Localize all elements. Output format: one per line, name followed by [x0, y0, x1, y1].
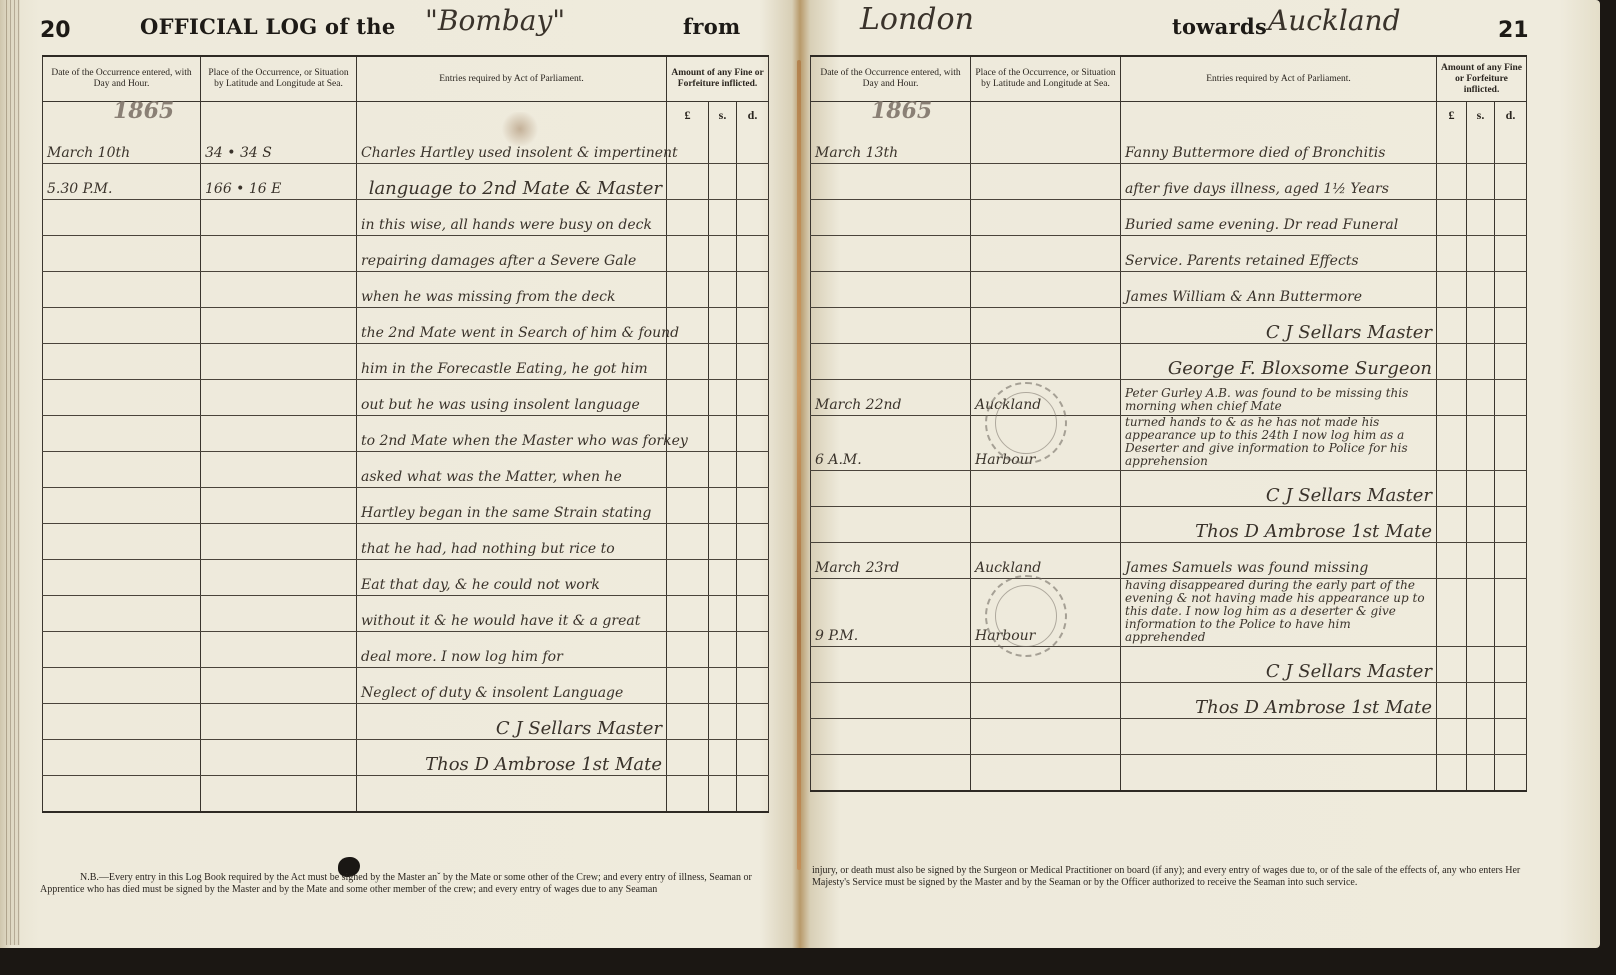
entry-cell: repairing damages after a Severe Gale: [357, 236, 667, 272]
entry-cell: Buried same evening. Dr read Funeral: [1121, 200, 1437, 236]
pounds-cell: [667, 668, 709, 704]
date-cell: [43, 452, 201, 488]
pounds-cell: [1437, 507, 1467, 543]
entry-cell: Thos D Ambrose 1st Mate: [1121, 507, 1437, 543]
pence-cell: [1495, 344, 1527, 380]
pence-cell: [737, 416, 769, 452]
pence-cell: [1495, 755, 1527, 792]
date-text: March 22nd: [815, 397, 966, 415]
pence-cell: [1495, 308, 1527, 344]
place-cell: [971, 308, 1121, 344]
entry-text: [361, 809, 662, 811]
entry-cell: without it & he would have it & a great: [357, 596, 667, 632]
date-cell: [43, 416, 201, 452]
entry-text: C J Sellars Master: [1125, 325, 1432, 343]
entry-text: C J Sellars Master: [1125, 664, 1432, 682]
left-page: 20 OFFICIAL LOG of the "Bombay" from Dat…: [0, 0, 800, 945]
place-text: [205, 809, 352, 811]
log-row: Buried same evening. Dr read Funeral: [811, 200, 1527, 236]
entry-text: George F. Bloxsome Surgeon: [1125, 361, 1432, 379]
entry-text: Thos D Ambrose 1st Mate: [361, 757, 662, 775]
place-cell: [201, 272, 357, 308]
pounds-cell: [667, 776, 709, 813]
entry-cell: to 2nd Mate when the Master who was fork…: [357, 416, 667, 452]
shillings-cell: [709, 668, 737, 704]
entry-cell: Fanny Buttermore died of Bronchitis: [1121, 128, 1437, 164]
place-cell: [971, 344, 1121, 380]
log-row: deal more. I now log him for: [43, 632, 769, 668]
date-cell: [43, 272, 201, 308]
pounds-cell: [1437, 543, 1467, 579]
entry-cell: Eat that day, & he could not work: [357, 560, 667, 596]
shillings-cell: [1467, 507, 1495, 543]
origin-port: London: [860, 2, 974, 37]
pence-label: d.: [1495, 102, 1527, 129]
entry-cell: C J Sellars Master: [357, 704, 667, 740]
shillings-cell: [709, 128, 737, 164]
place-cell: Auckland: [971, 543, 1121, 579]
log-row: without it & he would have it & a great: [43, 596, 769, 632]
entry-cell: in this wise, all hands were busy on dec…: [357, 200, 667, 236]
log-row: Eat that day, & he could not work: [43, 560, 769, 596]
open-log-book: 20 OFFICIAL LOG of the "Bombay" from Dat…: [0, 0, 1600, 948]
shillings-cell: [709, 272, 737, 308]
entry-text: having disappeared during the early part…: [1125, 579, 1432, 646]
log-row: [811, 719, 1527, 755]
entry-cell: [1121, 755, 1437, 792]
entry-cell: when he was missing from the deck: [357, 272, 667, 308]
log-row: C J Sellars Master: [811, 647, 1527, 683]
place-cell: [201, 776, 357, 813]
date-text: March 13th: [815, 145, 966, 163]
date-cell: [43, 632, 201, 668]
date-cell: [811, 755, 971, 792]
pence-cell: [1495, 272, 1527, 308]
place-text: [975, 788, 1116, 790]
date-cell: [43, 596, 201, 632]
log-row: that he had, had nothing but rice to: [43, 524, 769, 560]
pounds-cell: [667, 632, 709, 668]
place-cell: [201, 668, 357, 704]
date-cell: [811, 647, 971, 683]
log-table-right: Date of the Occurrence entered, with Day…: [810, 55, 1527, 792]
date-cell: [811, 683, 971, 719]
entry-cell: [357, 776, 667, 813]
entry-cell: having disappeared during the early part…: [1121, 579, 1437, 647]
entry-text: the 2nd Mate went in Search of him & fou…: [361, 325, 662, 343]
pence-cell: [737, 128, 769, 164]
place-cell: [201, 416, 357, 452]
col-amount-header: Amount of any Fine or Forfeiture inflict…: [667, 56, 769, 102]
log-row: him in the Forecastle Eating, he got him: [43, 344, 769, 380]
pounds-cell: [667, 344, 709, 380]
date-cell: [43, 308, 201, 344]
entry-cell: C J Sellars Master: [1121, 471, 1437, 507]
place-text: 34 • 34 S: [205, 145, 352, 163]
place-cell: [201, 740, 357, 776]
date-cell: March 10th: [43, 128, 201, 164]
entry-text: Hartley began in the same Strain stating: [361, 505, 662, 523]
log-row: March 22ndAucklandPeter Gurley A.B. was …: [811, 380, 1527, 416]
date-text: 5.30 P.M.: [47, 181, 196, 199]
log-row: 9 P.M.Harbourhaving disappeared during t…: [811, 579, 1527, 647]
log-row: asked what was the Matter, when he: [43, 452, 769, 488]
entry-text: C J Sellars Master: [361, 721, 662, 739]
entry-cell: C J Sellars Master: [1121, 647, 1437, 683]
shillings-cell: [1467, 471, 1495, 507]
shillings-cell: [1467, 380, 1495, 416]
log-table-left: Date of the Occurrence entered, with Day…: [42, 55, 769, 813]
date-cell: [43, 200, 201, 236]
entry-text: Fanny Buttermore died of Bronchitis: [1125, 145, 1432, 163]
pounds-cell: [667, 164, 709, 200]
shillings-cell: [1467, 579, 1495, 647]
pounds-cell: [1437, 128, 1467, 164]
entry-text: without it & he would have it & a great: [361, 613, 662, 631]
place-cell: [971, 236, 1121, 272]
shillings-cell: [1467, 755, 1495, 792]
date-cell: [43, 380, 201, 416]
entry-cell: deal more. I now log him for: [357, 632, 667, 668]
shillings-cell: [1467, 272, 1495, 308]
place-cell: [971, 200, 1121, 236]
date-text: [815, 788, 966, 790]
pounds-cell: [1437, 719, 1467, 755]
log-row: the 2nd Mate went in Search of him & fou…: [43, 308, 769, 344]
shillings-cell: [1467, 647, 1495, 683]
shillings-cell: [1467, 543, 1495, 579]
entry-text: Thos D Ambrose 1st Mate: [1125, 524, 1432, 542]
pounds-cell: [667, 200, 709, 236]
date-cell: [811, 236, 971, 272]
shillings-cell: [709, 236, 737, 272]
pence-cell: [737, 632, 769, 668]
shillings-cell: [1467, 128, 1495, 164]
pounds-cell: [667, 740, 709, 776]
entry-cell: James William & Ann Buttermore: [1121, 272, 1437, 308]
place-cell: [971, 755, 1121, 792]
place-cell: [201, 488, 357, 524]
pounds-cell: [1437, 647, 1467, 683]
shillings-cell: [709, 416, 737, 452]
shillings-cell: [709, 200, 737, 236]
footnote-right: injury, or death must also be signed by …: [812, 865, 1532, 889]
pence-cell: [1495, 543, 1527, 579]
log-row: Thos D Ambrose 1st Mate: [811, 683, 1527, 719]
pounds-cell: [1437, 416, 1467, 471]
pence-cell: [737, 452, 769, 488]
entry-text: out but he was using insolent language: [361, 397, 662, 415]
log-row: James William & Ann Buttermore: [811, 272, 1527, 308]
pence-cell: [1495, 579, 1527, 647]
entry-cell: turned hands to & as he has not made his…: [1121, 416, 1437, 471]
entry-text: repairing damages after a Severe Gale: [361, 253, 662, 271]
year-note: 1865: [113, 98, 174, 124]
pence-cell: [737, 236, 769, 272]
entry-cell: that he had, had nothing but rice to: [357, 524, 667, 560]
entry-text: to 2nd Mate when the Master who was fork…: [361, 433, 662, 451]
col-amount-header: Amount of any Fine or Forfeiture inflict…: [1437, 56, 1527, 102]
shillings-cell: [709, 524, 737, 560]
pounds-cell: [1437, 579, 1467, 647]
entry-cell: language to 2nd Mate & Master: [357, 164, 667, 200]
entry-text: when he was missing from the deck: [361, 289, 662, 307]
log-row: in this wise, all hands were busy on dec…: [43, 200, 769, 236]
pence-cell: [1495, 200, 1527, 236]
date-cell: [811, 507, 971, 543]
pence-cell: [737, 560, 769, 596]
entry-cell: [1121, 719, 1437, 755]
log-row: 6 A.M.Harbourturned hands to & as he has…: [811, 416, 1527, 471]
log-row: Thos D Ambrose 1st Mate: [811, 507, 1527, 543]
entry-text: C J Sellars Master: [1125, 488, 1432, 506]
col-date-header: Date of the Occurrence entered, with Day…: [811, 56, 971, 102]
date-cell: 5.30 P.M.: [43, 164, 201, 200]
shillings-cell: [709, 740, 737, 776]
shillings-cell: [1467, 200, 1495, 236]
shillings-cell: [1467, 236, 1495, 272]
pence-cell: [737, 488, 769, 524]
page-number-left: 20: [40, 18, 71, 43]
entry-cell: Service. Parents retained Effects: [1121, 236, 1437, 272]
shillings-cell: [709, 308, 737, 344]
pounds-cell: [667, 416, 709, 452]
place-cell: [971, 128, 1121, 164]
log-row: repairing damages after a Severe Gale: [43, 236, 769, 272]
log-row: Hartley began in the same Strain stating: [43, 488, 769, 524]
pence-cell: [1495, 128, 1527, 164]
log-row: March 13thFanny Buttermore died of Bronc…: [811, 128, 1527, 164]
shillings-cell: [1467, 164, 1495, 200]
shillings-cell: [709, 776, 737, 813]
shillings-cell: [709, 380, 737, 416]
pounds-cell: [667, 308, 709, 344]
log-row: [43, 776, 769, 813]
pence-cell: [737, 596, 769, 632]
auckland-postmark-stamp: [985, 382, 1067, 464]
pounds-cell: [667, 236, 709, 272]
shillings-cell: [709, 164, 737, 200]
entry-cell: Thos D Ambrose 1st Mate: [357, 740, 667, 776]
entry-text: deal more. I now log him for: [361, 649, 662, 667]
pence-label: d.: [737, 102, 769, 129]
date-cell: [811, 719, 971, 755]
entry-text: Neglect of duty & insolent Language: [361, 685, 662, 703]
shillings-cell: [709, 488, 737, 524]
pence-cell: [737, 164, 769, 200]
entry-text: Charles Hartley used insolent & impertin…: [361, 145, 662, 163]
entry-cell: after five days illness, aged 1½ Years: [1121, 164, 1437, 200]
log-row: after five days illness, aged 1½ Years: [811, 164, 1527, 200]
place-cell: 34 • 34 S: [201, 128, 357, 164]
log-row: C J Sellars Master: [811, 308, 1527, 344]
date-cell: [43, 524, 201, 560]
pence-cell: [1495, 471, 1527, 507]
log-row: [811, 755, 1527, 792]
place-cell: [201, 236, 357, 272]
date-cell: [43, 704, 201, 740]
entry-cell: asked what was the Matter, when he: [357, 452, 667, 488]
shillings-cell: [1467, 308, 1495, 344]
date-cell: March 22nd: [811, 380, 971, 416]
entry-cell: Neglect of duty & insolent Language: [357, 668, 667, 704]
date-cell: 6 A.M.: [811, 416, 971, 471]
pounds-label: £: [1437, 102, 1467, 129]
entry-text: him in the Forecastle Eating, he got him: [361, 361, 662, 379]
place-cell: [201, 596, 357, 632]
place-cell: 166 • 16 E: [201, 164, 357, 200]
date-cell: March 23rd: [811, 543, 971, 579]
pence-cell: [737, 776, 769, 813]
place-cell: [201, 704, 357, 740]
place-cell: [201, 524, 357, 560]
pence-cell: [1495, 416, 1527, 471]
date-cell: [43, 668, 201, 704]
shillings-cell: [709, 560, 737, 596]
shillings-cell: [709, 344, 737, 380]
shillings-cell: [1467, 683, 1495, 719]
place-cell: [971, 719, 1121, 755]
log-row: to 2nd Mate when the Master who was fork…: [43, 416, 769, 452]
log-row: out but he was using insolent language: [43, 380, 769, 416]
pence-cell: [737, 524, 769, 560]
log-row: George F. Bloxsome Surgeon: [811, 344, 1527, 380]
place-cell: [201, 200, 357, 236]
entry-text: that he had, had nothing but rice to: [361, 541, 662, 559]
shillings-label: s.: [709, 102, 737, 129]
entry-text: after five days illness, aged 1½ Years: [1125, 181, 1432, 199]
pounds-cell: [1437, 164, 1467, 200]
entry-text: [1125, 788, 1432, 790]
pence-cell: [1495, 164, 1527, 200]
towards-label: towards: [1172, 14, 1267, 39]
pounds-cell: [667, 524, 709, 560]
pence-cell: [1495, 683, 1527, 719]
entry-text: James William & Ann Buttermore: [1125, 289, 1432, 307]
date-cell: [43, 740, 201, 776]
place-cell: [201, 560, 357, 596]
pounds-cell: [1437, 272, 1467, 308]
place-cell: [971, 471, 1121, 507]
col-place-header: Place of the Occurrence, or Situation by…: [971, 56, 1121, 102]
from-label: from: [683, 14, 741, 39]
place-cell: [971, 507, 1121, 543]
entry-text: Thos D Ambrose 1st Mate: [1125, 700, 1432, 718]
pounds-cell: [1437, 308, 1467, 344]
entry-text: turned hands to & as he has not made his…: [1125, 416, 1432, 470]
place-cell: [971, 683, 1121, 719]
place-cell: [201, 308, 357, 344]
date-cell: [811, 471, 971, 507]
pounds-cell: [1437, 471, 1467, 507]
log-row: Service. Parents retained Effects: [811, 236, 1527, 272]
col-date-header: Date of the Occurrence entered, with Day…: [43, 56, 201, 102]
date-cell: [43, 560, 201, 596]
col-entries-header: Entries required by Act of Parliament.: [357, 56, 667, 102]
pounds-cell: [667, 488, 709, 524]
pence-cell: [1495, 380, 1527, 416]
place-cell: [201, 632, 357, 668]
log-row: Thos D Ambrose 1st Mate: [43, 740, 769, 776]
pounds-cell: [1437, 755, 1467, 792]
pounds-cell: [1437, 344, 1467, 380]
pounds-cell: [667, 704, 709, 740]
destination-port: Auckland: [1268, 4, 1401, 37]
entry-cell: him in the Forecastle Eating, he got him: [357, 344, 667, 380]
date-cell: 9 P.M.: [811, 579, 971, 647]
pounds-cell: [1437, 200, 1467, 236]
entry-cell: Peter Gurley A.B. was found to be missin…: [1121, 380, 1437, 416]
shillings-label: s.: [1467, 102, 1495, 129]
pence-cell: [737, 200, 769, 236]
place-cell: [971, 164, 1121, 200]
date-cell: [811, 272, 971, 308]
log-row: when he was missing from the deck: [43, 272, 769, 308]
pence-cell: [1495, 507, 1527, 543]
date-cell: [811, 200, 971, 236]
entry-text: Peter Gurley A.B. was found to be missin…: [1125, 387, 1432, 415]
pounds-cell: [1437, 236, 1467, 272]
date-cell: [43, 344, 201, 380]
entry-cell: Charles Hartley used insolent & impertin…: [357, 128, 667, 164]
footnote-left: N.B.—Every entry in this Log Book requir…: [40, 872, 770, 896]
place-text: Auckland: [975, 560, 1116, 578]
pence-cell: [737, 668, 769, 704]
place-cell: [201, 344, 357, 380]
date-cell: [43, 776, 201, 813]
year-note: 1865: [871, 98, 932, 124]
date-text: 9 P.M.: [815, 628, 966, 646]
pence-cell: [737, 740, 769, 776]
pence-cell: [1495, 719, 1527, 755]
entry-cell: out but he was using insolent language: [357, 380, 667, 416]
entry-text: asked what was the Matter, when he: [361, 469, 662, 487]
date-cell: [43, 488, 201, 524]
shillings-cell: [709, 452, 737, 488]
pounds-cell: [667, 596, 709, 632]
pence-cell: [737, 704, 769, 740]
date-text: 6 A.M.: [815, 452, 966, 470]
pence-cell: [737, 308, 769, 344]
place-text: 166 • 16 E: [205, 181, 352, 199]
page-number-right: 21: [1498, 18, 1529, 43]
entry-cell: James Samuels was found missing: [1121, 543, 1437, 579]
pounds-cell: [1437, 683, 1467, 719]
entry-text: Eat that day, & he could not work: [361, 577, 662, 595]
entry-cell: C J Sellars Master: [1121, 308, 1437, 344]
pounds-cell: [667, 128, 709, 164]
shillings-cell: [709, 704, 737, 740]
place-cell: [971, 272, 1121, 308]
entry-cell: Hartley began in the same Strain stating: [357, 488, 667, 524]
entry-text: language to 2nd Mate & Master: [361, 181, 662, 199]
entry-cell: George F. Bloxsome Surgeon: [1121, 344, 1437, 380]
date-cell: [43, 236, 201, 272]
pence-cell: [737, 380, 769, 416]
entry-cell: the 2nd Mate went in Search of him & fou…: [357, 308, 667, 344]
shillings-cell: [1467, 344, 1495, 380]
place-cell: [201, 452, 357, 488]
date-cell: [811, 344, 971, 380]
entry-text: in this wise, all hands were busy on dec…: [361, 217, 662, 235]
place-cell: [201, 380, 357, 416]
date-cell: March 13th: [811, 128, 971, 164]
col-entries-header: Entries required by Act of Parliament.: [1121, 56, 1437, 102]
log-row: March 10th34 • 34 SCharles Hartley used …: [43, 128, 769, 164]
shillings-cell: [709, 632, 737, 668]
col-place-header: Place of the Occurrence, or Situation by…: [201, 56, 357, 102]
shillings-cell: [1467, 719, 1495, 755]
